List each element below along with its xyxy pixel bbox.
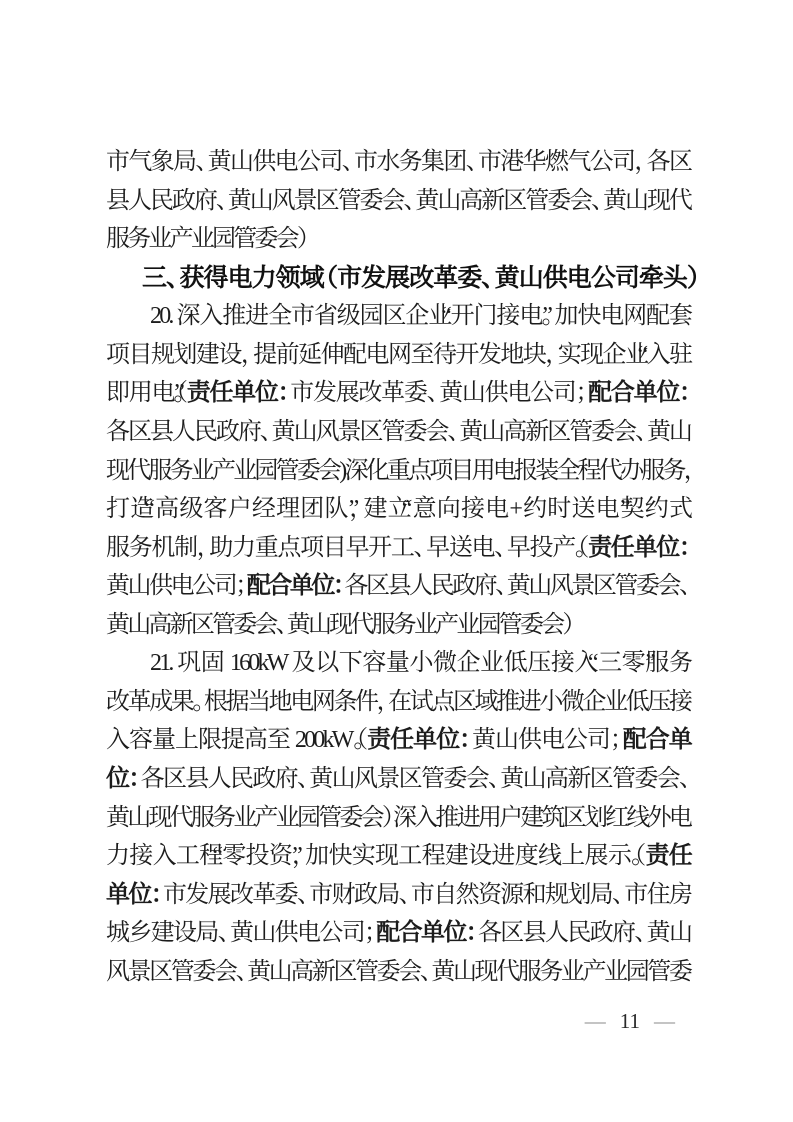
text-line: 服务机制，助力重点项目早开工、早送电、早投产。（责任单位： [106,529,690,568]
text-run: 打造“高级客户经理团队”，建立“意向接电+约时送电”契约式 [106,496,690,522]
text-line: 黄山高新区管委会、黄山现代服务业产业园管委会） [106,606,690,645]
punctuation: （ [313,264,337,292]
text-line: 项目规划建设，提前延伸配电网至待开发地块，实现企业“入驻 [106,336,690,375]
punctuation: “ [588,650,596,676]
text-run: 黄山现代服务业产业园管委会）深入推进用户建筑区划红线外电 [106,805,690,831]
page-number: 11 [620,1009,640,1033]
punctuation: “ [637,342,645,368]
punctuation: 、 [218,920,240,946]
punctuation: 。 [540,303,565,329]
punctuation: 、 [679,766,700,792]
text-line: 服务业产业园管委会） [106,220,690,259]
punctuation: ， [346,496,373,522]
punctuation: ） [562,612,583,638]
text-run: 风景区管委会、黄山高新区管委会、黄山现代服务业产业园管委 [106,959,690,985]
text-run: 黄山供电公司； [472,727,621,753]
emphasis-run: 配合单位： [246,573,344,599]
text-run: 城乡建设局、黄山供电公司； [106,920,375,946]
punctuation: “ [441,303,449,329]
text-line: 风景区管委会、黄山高新区管委会、黄山现代服务业产业园管委 [106,953,690,992]
emphasis-run: 责任单位： [367,727,472,753]
text-line: 黄山供电公司；配合单位：各区县人民政府、黄山风景区管委会、 [106,567,690,606]
punctuation: 、 [276,612,297,638]
text-run: 各区县人民政府、黄山风景区管委会、 [344,573,690,599]
text-line: 位：各区县人民政府、黄山风景区管委会、黄山高新区管委会、 [106,760,690,799]
text-run: 各区县人民政府、黄山 [478,920,690,946]
punctuation: 、 [420,959,442,985]
text-line: 各区县人民政府、黄山风景区管委会、黄山高新区管委会、黄山 [106,413,690,452]
punctuation: 、 [481,264,505,292]
punctuation: ， [377,689,399,715]
punctuation: 、 [488,766,510,792]
punctuation: 、 [466,149,488,175]
emphasis-run: 单位： [106,882,163,908]
punctuation: 、 [195,149,217,175]
punctuation: 、 [236,959,258,985]
text-line: 县人民政府、黄山风景区管委会、黄山高新区管委会、黄山现代 [106,182,690,221]
emphasis-run: 配合单位： [375,920,478,946]
text-line: 打造“高级客户经理团队”，建立“意向接电+约时送电”契约式 [106,490,690,529]
punctuation: 、 [297,766,319,792]
text-line: 力接入工程“零投资”，加快实现工程建设进度线上展示。（责任 [106,837,690,876]
punctuation: （ [356,727,367,753]
text-run: 20. 深入推进全市省级园区企业“开门接电”。加快电网配套 [150,303,690,329]
punctuation: 、 [591,188,613,214]
punctuation: 、 [494,535,517,561]
punctuation: 、 [297,882,319,908]
text-run: 入容量上限提高至 200kW。（ [106,727,367,753]
text-line: 入容量上限提高至 200kW。（责任单位：黄山供电公司；配合单 [106,721,690,760]
punctuation: ， [241,342,263,368]
emphasis-run: 位： [106,766,141,792]
punctuation: “ [212,843,220,869]
punctuation: 、 [495,573,517,599]
text-run: 即用电”。（ [106,380,187,406]
punctuation: 、 [342,149,364,175]
punctuation: 、 [427,380,450,406]
text-line: 即用电”。（责任单位：市发展改革委、黄山供电公司；配合单位： [106,374,690,413]
text-line: 单位：市发展改革委、市财政局、市自然资源和规划局、市住房 [106,876,690,915]
text-run: 现代服务业产业园管委会)深化重点项目用电报装全程代办服务， [106,458,695,484]
text-run: 黄山供电公司； [106,573,246,599]
text-run: 各区县人民政府、黄山风景区管委会、黄山高新区管委会、黄山 [106,419,690,445]
punctuation: ， [197,535,220,561]
text-line: 城乡建设局、黄山供电公司；配合单位：各区县人民政府、黄山 [106,914,690,953]
emphasis-run: 三、获得电力领域（市发展改革委、黄山供电公司牵头） [142,264,700,292]
punctuation: “ [402,496,410,522]
punctuation: ： [679,380,700,406]
punctuation: ： [679,535,700,561]
emphasis-run: 责任单位： [588,535,690,561]
punctuation: 、 [399,882,421,908]
emphasis-run: 责任单位： [187,380,291,406]
text-line: 改革成果。根据当地电网条件，在试点区域推进小微企业低压接 [106,683,690,722]
punctuation: 、 [414,535,437,561]
punctuation: 、 [403,188,425,214]
page-footer: — 11 — [585,1009,675,1033]
document-body: 市气象局、黄山供电公司、市水务集团、市港华燃气公司，各区县人民政府、黄山风景区管… [106,143,690,991]
text-line: 现代服务业产业园管委会)深化重点项目用电报装全程代办服务， [106,452,690,491]
text-run: 21. 巩固 160kW 及以下容量小微企业低压接入“三零”服务 [150,650,690,676]
punctuation: （ [634,843,645,869]
punctuation: ， [634,149,656,175]
punctuation: ， [684,458,705,484]
emphasis-run: 配合单位： [587,380,691,406]
punctuation: 、 [216,188,238,214]
text-run: 市发展改革委、市财政局、市自然资源和规划局、市住房 [163,882,690,908]
punctuation: 、 [166,264,190,292]
punctuation: ） [382,805,403,831]
punctuation: （ [176,380,187,406]
section-heading: 三、获得电力领域（市发展改革委、黄山供电公司牵头） [106,259,690,298]
footer-dash-left: — [585,1009,606,1033]
punctuation: 、 [260,419,282,445]
text-run: 各区县人民政府、黄山风景区管委会、黄山高新区管委会、 [141,766,691,792]
punctuation: ， [545,342,567,368]
punctuation: ” [620,496,628,522]
punctuation: 、 [635,419,657,445]
text-line: 黄山现代服务业产业园管委会）深入推进用户建筑区划红线外电 [106,799,690,838]
punctuation: 。 [192,689,214,715]
punctuation: “ [144,496,152,522]
punctuation: 、 [679,573,700,599]
punctuation: ， [290,843,315,869]
document-page: 市气象局、黄山供电公司、市水务集团、市港华燃气公司，各区县人民政府、黄山风景区管… [0,0,793,1122]
text-run: 市发展改革委、黄山供电公司； [290,380,586,406]
text-run: 县人民政府、黄山风景区管委会、黄山高新区管委会、黄山现代 [106,188,690,214]
punctuation: 、 [447,419,469,445]
text-line: 21. 巩固 160kW 及以下容量小微企业低压接入“三零”服务 [106,644,690,683]
text-line: 市气象局、黄山供电公司、市水务集团、市港华燃气公司，各区 [106,143,690,182]
punctuation: 、 [612,882,634,908]
punctuation: ” [645,650,653,676]
punctuation: ） [297,226,318,252]
footer-dash-right: — [654,1009,675,1033]
text-run: 服务机制，助力重点项目早开工、早送电、早投产。（ [106,535,588,561]
punctuation: ） [687,264,711,292]
text-line: 20. 深入推进全市省级园区企业“开门接电”。加快电网配套 [106,297,690,336]
text-run: 项目规划建设，提前延伸配电网至待开发地块，实现企业“入驻 [106,342,690,368]
text-run: 服务业产业园管委会） [106,226,308,252]
punctuation: （ [577,535,588,561]
text-run: 改革成果。根据当地电网条件，在试点区域推进小微企业低压接 [106,689,690,715]
text-run: 力接入工程“零投资”，加快实现工程建设进度线上展示。（ [106,843,646,869]
emphasis-run: 责任 [646,843,690,869]
text-run: 黄山高新区管委会、黄山现代服务业产业园管委会） [106,612,574,638]
text-run: 市气象局、黄山供电公司、市水务集团、市港华燃气公司，各区 [106,149,690,175]
punctuation: 、 [634,920,656,946]
emphasis-run: 配合单 [621,727,690,753]
